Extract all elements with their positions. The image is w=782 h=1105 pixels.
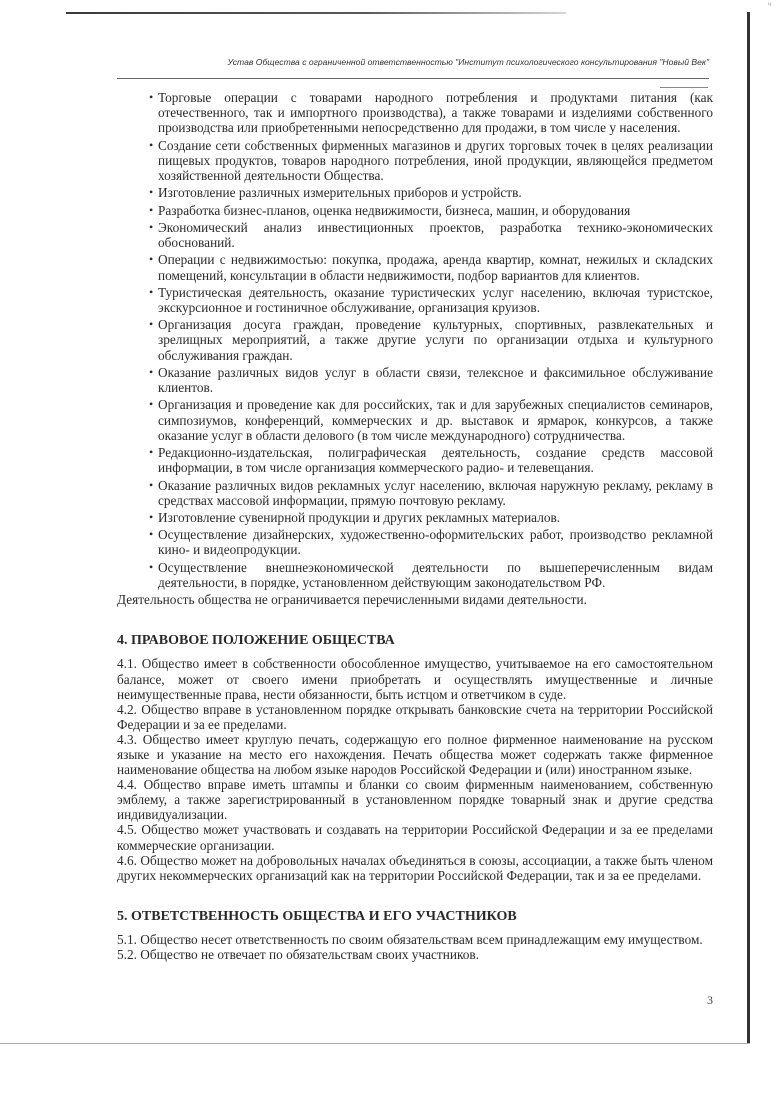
list-item-text: Оказание различных видов услуг в области…	[158, 365, 713, 395]
scan-right-border	[747, 12, 750, 1044]
list-item-text: Изготовление сувенирной продукции и друг…	[158, 510, 560, 525]
list-item: •Экономический анализ инвестиционных про…	[158, 220, 713, 250]
list-item: •Операции с недвижимостью: покупка, прод…	[158, 252, 713, 282]
list-item-text: Организация и проведение как для российс…	[158, 397, 713, 442]
list-item-text: Разработка бизнес-планов, оценка недвижи…	[158, 203, 630, 218]
list-item-text: Операции с недвижимостью: покупка, прода…	[158, 252, 713, 282]
bullet-icon: •	[149, 527, 153, 542]
document-body: •Торговые операции с товарами народного …	[117, 90, 713, 962]
list-item: •Оказание различных видов рекламных услу…	[158, 478, 713, 508]
activities-closing-note: Деятельность общества не ограничивается …	[117, 592, 713, 607]
list-item-text: Редакционно-издательская, полиграфическа…	[158, 445, 713, 475]
header-rule	[117, 78, 709, 79]
list-item-text: Организация досуга граждан, проведение к…	[158, 317, 713, 362]
running-header: Устав Общества с ограниченной ответствен…	[117, 57, 709, 67]
page-number: 3	[707, 993, 713, 1008]
section-4-heading: 4. ПРАВОВОЕ ПОЛОЖЕНИЕ ОБЩЕСТВА	[117, 633, 713, 649]
bullet-icon: •	[149, 203, 153, 218]
list-item-text: Торговые операции с товарами народного п…	[158, 90, 713, 135]
list-item: •Разработка бизнес-планов, оценка недвиж…	[158, 203, 713, 218]
clause-4-2: 4.2. Общество вправе в установленном пор…	[117, 702, 713, 732]
bullet-icon: •	[149, 560, 153, 575]
clause-4-1: 4.1. Общество имеет в собственности обос…	[117, 656, 713, 701]
list-item: •Изготовление сувенирной продукции и дру…	[158, 510, 713, 525]
clause-4-3: 4.3. Общество имеет круглую печать, соде…	[117, 732, 713, 777]
list-item: •Организация досуга граждан, проведение …	[158, 317, 713, 362]
list-item: •Изготовление различных измерительных пр…	[158, 185, 713, 200]
clause-5-1: 5.1. Общество несет ответственность по с…	[117, 932, 713, 947]
list-item-text: Создание сети собственных фирменных мага…	[158, 138, 713, 183]
list-item: •Торговые операции с товарами народного …	[158, 90, 713, 135]
clause-4-4: 4.4. Общество вправе иметь штампы и блан…	[117, 777, 713, 822]
clause-5-2: 5.2. Общество не отвечает по обязательст…	[117, 947, 713, 962]
section-5-heading: 5. ОТВЕТСТВЕННОСТЬ ОБЩЕСТВА И ЕГО УЧАСТН…	[117, 909, 713, 925]
clause-4-6: 4.6. Общество может на добровольных нача…	[117, 853, 713, 883]
list-item: •Осуществление внешнеэкономической деяте…	[158, 560, 713, 590]
scan-top-border	[66, 12, 566, 14]
bullet-icon: •	[149, 397, 153, 412]
bullet-icon: •	[149, 252, 153, 267]
bullet-icon: •	[149, 285, 153, 300]
bullet-icon: •	[149, 510, 153, 525]
list-item: •Осуществление дизайнерских, художествен…	[158, 527, 713, 557]
bullet-icon: •	[149, 220, 153, 235]
list-item: •Создание сети собственных фирменных маг…	[158, 138, 713, 183]
list-item: •Редакционно-издательская, полиграфическ…	[158, 445, 713, 475]
bullet-icon: •	[149, 185, 153, 200]
bullet-icon: •	[149, 478, 153, 493]
bullet-icon: •	[149, 138, 153, 153]
corner-mark: ч	[768, 2, 771, 8]
scan-bottom-border	[0, 1043, 750, 1044]
bullet-icon: •	[149, 317, 153, 332]
activities-list: •Торговые операции с товарами народного …	[117, 90, 713, 590]
bullet-icon: •	[149, 90, 153, 105]
clause-4-5: 4.5. Общество может участвовать и создав…	[117, 822, 713, 852]
list-item: •Оказание различных видов услуг в област…	[158, 365, 713, 395]
list-item: •Организация и проведение как для россий…	[158, 397, 713, 442]
list-item-text: Оказание различных видов рекламных услуг…	[158, 478, 713, 508]
list-item-text: Туристическая деятельность, оказание тур…	[158, 285, 713, 315]
list-item-text: Осуществление дизайнерских, художественн…	[158, 527, 713, 557]
bullet-icon: •	[149, 445, 153, 460]
list-item-text: Экономический анализ инвестиционных прое…	[158, 220, 713, 250]
list-item-text: Изготовление различных измерительных при…	[158, 185, 522, 200]
list-item: •Туристическая деятельность, оказание ту…	[158, 285, 713, 315]
bullet-icon: •	[149, 365, 153, 380]
header-rule-fragment	[660, 87, 708, 88]
list-item-text: Осуществление внешнеэкономической деятел…	[158, 560, 713, 590]
